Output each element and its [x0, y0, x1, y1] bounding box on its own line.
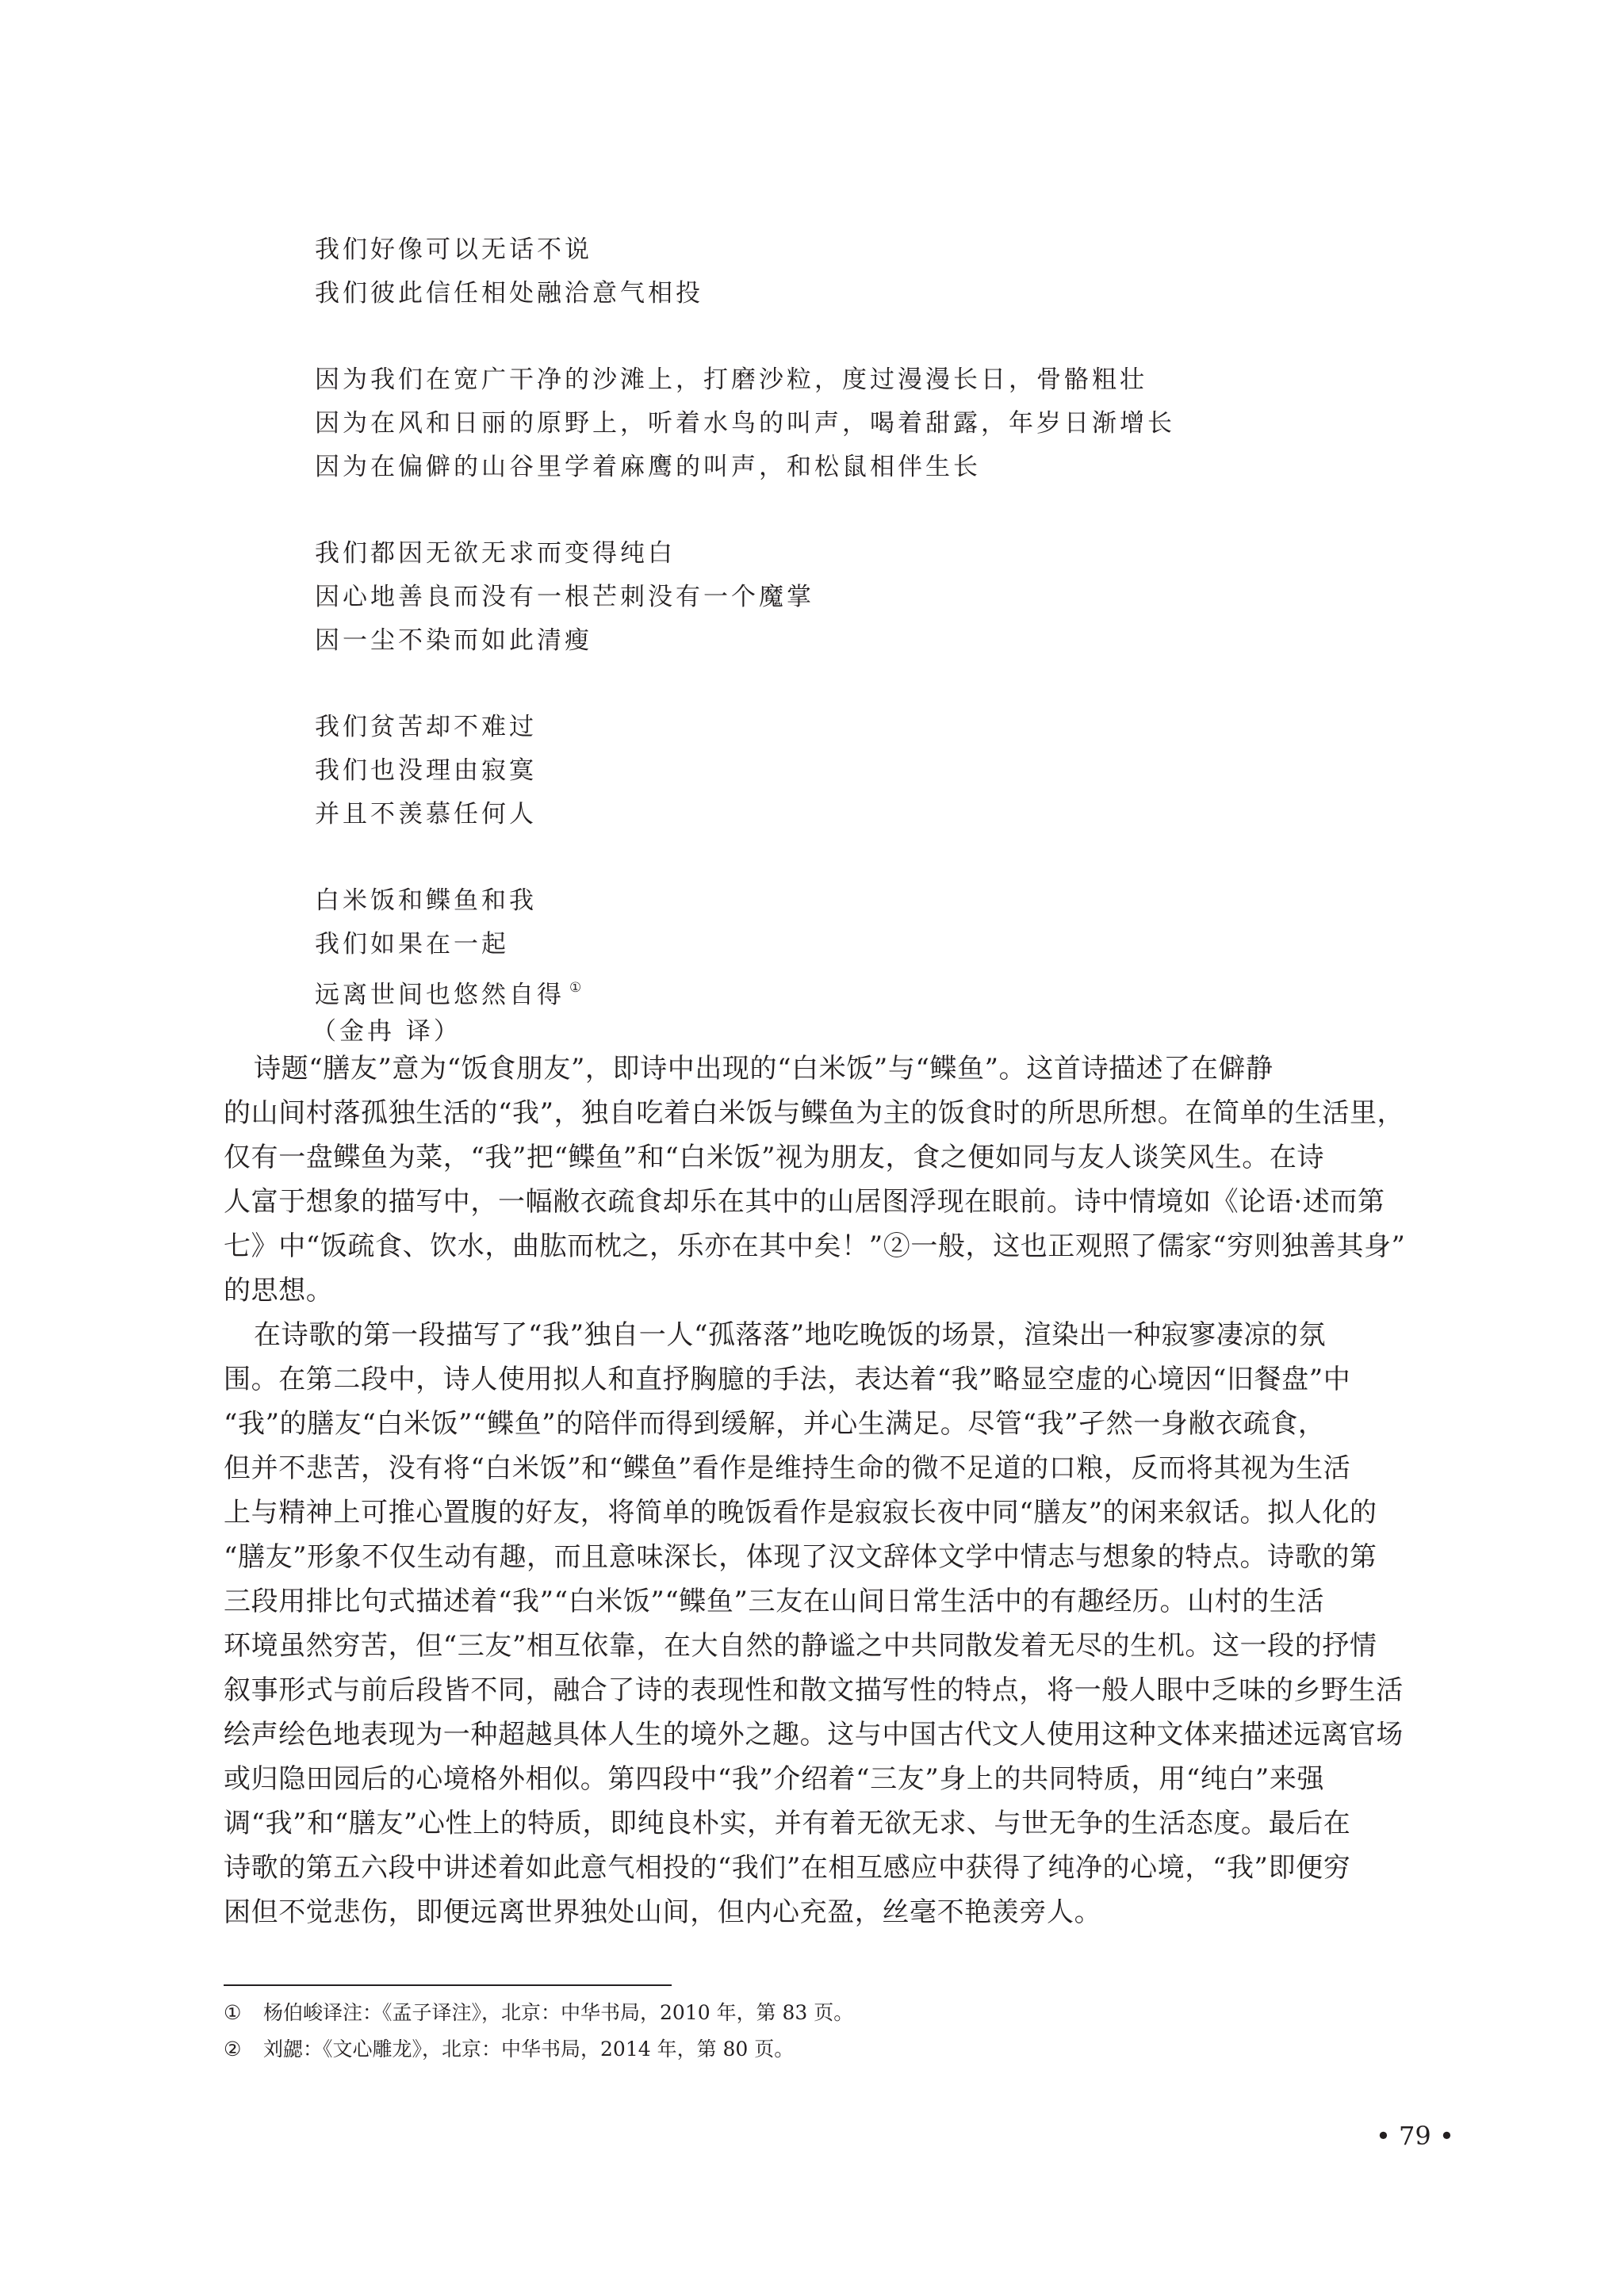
footnote-1: ①杨伯峻译注：《孟子译注》，北京：中华书局，2010 年，第 83 页。	[224, 1995, 1334, 2031]
document-page: 我们好像可以无话不说 我们彼此信任相处融洽意气相投 因为我们在宽广干净的沙滩上，…	[0, 0, 1624, 2296]
footnote-2: ②刘勰：《文心雕龙》，北京：中华书局，2014 年，第 80 页。	[224, 2031, 1334, 2068]
paragraph-line: 的思想。	[224, 1269, 1429, 1313]
poem-stanza-1: 我们好像可以无话不说 我们彼此信任相处融洽意气相投	[315, 228, 1425, 316]
paragraph-line: “我”的膳友“白米饭”“鲽鱼”的陪伴而得到缓解，并心生满足。尽管“我”孑然一身敝…	[224, 1402, 1429, 1446]
paragraph-line: 上与精神上可推心置腹的好友，将简单的晚饭看作是寂寂长夜中同“膳友”的闲来叙话。拟…	[224, 1490, 1429, 1535]
poem-line: 我们彼此信任相处融洽意气相投	[315, 272, 1425, 316]
poem-line: 白米饭和鲽鱼和我	[315, 879, 1425, 923]
poem-stanza-5: 白米饭和鲽鱼和我 我们如果在一起 远离世间也悠然自得① （金冉 译）	[315, 879, 1425, 1054]
paragraph-line: 人富于想象的描写中，一幅敝衣疏食却乐在其中的山居图浮现在眼前。诗中情境如《论语·…	[224, 1180, 1429, 1224]
paragraph-line: 绘声绘色地表现为一种超越具体人生的境外之趣。这与中国古代文人使用这种文体来描述远…	[224, 1712, 1429, 1757]
page-number: • 79 •	[1376, 2121, 1454, 2151]
paragraph-line: 仅有一盘鲽鱼为菜，“我”把“鲽鱼”和“白米饭”视为朋友，食之便如同与友人谈笑风生…	[224, 1135, 1429, 1180]
paragraph-line: 诗歌的第五六段中讲述着如此意气相投的“我们”在相互感应中获得了纯净的心境，“我”…	[224, 1846, 1429, 1890]
paragraph-line: 但并不悲苦，没有将“白米饭”和“鲽鱼”看作是维持生命的微不足道的口粮，反而将其视…	[224, 1446, 1429, 1490]
paragraph-1: 诗题“膳友”意为“饭食朋友”，即诗中出现的“白米饭”与“鲽鱼”。这首诗描述了在僻…	[224, 1047, 1429, 1313]
paragraph-line: 或归隐田园后的心境格外相似。第四段中“我”介绍着“三友”身上的共同特质，用“纯白…	[224, 1757, 1429, 1801]
poem-block: 我们好像可以无话不说 我们彼此信任相处融洽意气相投 因为我们在宽广干净的沙滩上，…	[315, 228, 1425, 1054]
poem-line: 我们也没理由寂寞	[315, 749, 1425, 793]
poem-line: 并且不羡慕任何人	[315, 793, 1425, 836]
footnote-mark: ②	[224, 2031, 263, 2068]
poem-stanza-2: 因为我们在宽广干净的沙滩上，打磨沙粒，度过漫漫长日，骨骼粗壮 因为在风和日丽的原…	[315, 358, 1425, 489]
footnotes: ①杨伯峻译注：《孟子译注》，北京：中华书局，2010 年，第 83 页。 ②刘勰…	[224, 1995, 1334, 2068]
paragraph-line: 叙事形式与前后段皆不同，融合了诗的表现性和散文描写性的特点，将一般人眼中乏味的乡…	[224, 1668, 1429, 1712]
poem-line: 因心地善良而没有一根芒刺没有一个魔掌	[315, 576, 1425, 619]
poem-line: 我们如果在一起	[315, 923, 1425, 966]
paragraph-line: 调“我”和“膳友”心性上的特质，即纯良朴实，并有着无欲无求、与世无争的生活态度。…	[224, 1801, 1429, 1846]
poem-line: 因为在风和日丽的原野上，听着水鸟的叫声，喝着甜露，年岁日渐增长	[315, 402, 1425, 446]
paragraph-line: 围。在第二段中，诗人使用拟人和直抒胸臆的手法，表达着“我”略显空虚的心境因“旧餐…	[224, 1357, 1429, 1402]
footnote-mark: ①	[224, 1995, 263, 2031]
poem-line: 我们都因无欲无求而变得纯白	[315, 532, 1425, 576]
poem-line: 我们贫苦却不难过	[315, 706, 1425, 749]
footnote-divider	[224, 1984, 672, 1986]
poem-line-text: 远离世间也悠然自得	[315, 981, 565, 1009]
paragraph-line: 在诗歌的第一段描写了“我”独自一人“孤落落”地吃晚饭的场景，渲染出一种寂寥凄凉的…	[224, 1313, 1429, 1357]
poem-line: 因为在偏僻的山谷里学着麻鹰的叫声，和松鼠相伴生长	[315, 446, 1425, 489]
paragraph-line: “膳友”形象不仅生动有趣，而且意味深长，体现了汉文辞体文学中情志与想象的特点。诗…	[224, 1535, 1429, 1579]
commentary-text: 诗题“膳友”意为“饭食朋友”，即诗中出现的“白米饭”与“鲽鱼”。这首诗描述了在僻…	[224, 1047, 1429, 1934]
footnote-text: 杨伯峻译注：《孟子译注》，北京：中华书局，2010 年，第 83 页。	[263, 2001, 853, 2024]
poem-line: 我们好像可以无话不说	[315, 228, 1425, 272]
poem-line: 因一尘不染而如此清瘦	[315, 619, 1425, 663]
paragraph-line: 七》中“饭疏食、饮水，曲肱而枕之，乐亦在其中矣！”②一般，这也正观照了儒家“穷则…	[224, 1224, 1429, 1269]
footnote-text: 刘勰：《文心雕龙》，北京：中华书局，2014 年，第 80 页。	[263, 2038, 794, 2061]
footnote-ref-1[interactable]: ①	[569, 980, 584, 996]
paragraph-line: 环境虽然穷苦，但“三友”相互依靠，在大自然的静谧之中共同散发着无尽的生机。这一段…	[224, 1624, 1429, 1668]
paragraph-line: 三段用排比句式描述着“我”“白米饭”“鲽鱼”三友在山间日常生活中的有趣经历。山村…	[224, 1579, 1429, 1624]
paragraph-line: 的山间村落孤独生活的“我”，独自吃着白米饭与鲽鱼为主的饭食时的所思所想。在简单的…	[224, 1091, 1429, 1135]
paragraph-2: 在诗歌的第一段描写了“我”独自一人“孤落落”地吃晚饭的场景，渲染出一种寂寥凄凉的…	[224, 1313, 1429, 1934]
poem-line: 远离世间也悠然自得①	[315, 966, 1425, 1010]
poem-stanza-3: 我们都因无欲无求而变得纯白 因心地善良而没有一根芒刺没有一个魔掌 因一尘不染而如…	[315, 532, 1425, 663]
paragraph-line: 诗题“膳友”意为“饭食朋友”，即诗中出现的“白米饭”与“鲽鱼”。这首诗描述了在僻…	[224, 1047, 1429, 1091]
poem-stanza-4: 我们贫苦却不难过 我们也没理由寂寞 并且不羡慕任何人	[315, 706, 1425, 836]
poem-line: 因为我们在宽广干净的沙滩上，打磨沙粒，度过漫漫长日，骨骼粗壮	[315, 358, 1425, 402]
paragraph-line: 困但不觉悲伤，即便远离世界独处山间，但内心充盈，丝毫不艳羡旁人。	[224, 1890, 1429, 1934]
